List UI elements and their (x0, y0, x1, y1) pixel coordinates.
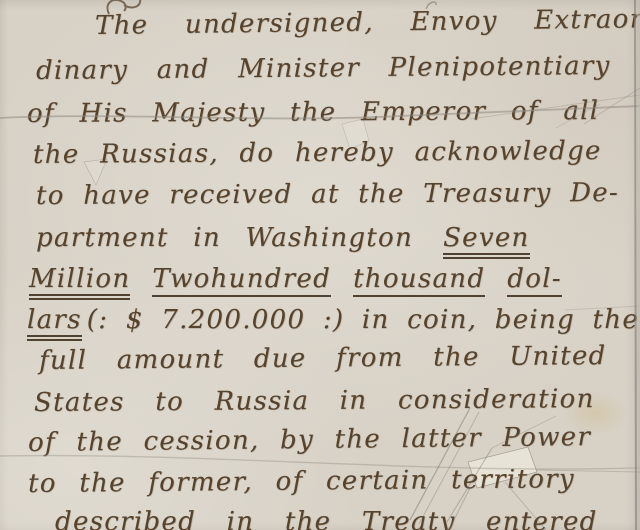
line-text: of His Majesty the Emperor of all (27, 96, 599, 129)
manuscript-line: of the cession, by the latter Power (28, 422, 591, 458)
manuscript-line: lars(: $ 7.200.000 :) in coin, being the (27, 305, 639, 335)
line-text: described in the Treaty entered (55, 507, 598, 530)
line-text: The undersigned, Envoy Extraor- (95, 4, 640, 41)
dollar-figure-text: (: $ 7.200.000 :) in coin, being the (87, 305, 639, 335)
line-text: partment in Washington (36, 223, 413, 253)
manuscript-line: described in the Treaty entered (55, 507, 598, 530)
manuscript-line: States to Russia in consideration (34, 384, 595, 418)
line-text: full amount due from the United (39, 341, 607, 376)
manuscript-line: to the former, of certain territory (28, 464, 575, 499)
manuscript-line: The undersigned, Envoy Extraor- (95, 4, 640, 41)
line-text: to the former, of certain territory (28, 464, 575, 499)
manuscript-line: to have received at the Treasury De- (36, 178, 619, 211)
line-text: dinary and Minister Plenipotentiary (36, 51, 611, 86)
manuscript-line: dinary and Minister Plenipotentiary (36, 51, 611, 86)
manuscript-scan: The undersigned, Envoy Extraor- dinary a… (0, 0, 640, 530)
underlined-amount-seven: Seven (443, 223, 530, 259)
underlined-amount-million: Million (29, 264, 130, 300)
underlined-amount-dol: dol- (507, 264, 562, 297)
manuscript-line: full amount due from the United (39, 341, 607, 376)
underlined-amount-lars: lars (27, 305, 82, 341)
line-text: of the cession, by the latter Power (28, 422, 591, 458)
manuscript-line: MillionTwohundredthousanddol- (29, 264, 562, 294)
manuscript-line: the Russias, do hereby acknowledge (33, 136, 602, 170)
underlined-amount-thousand: thousand (353, 264, 485, 297)
underlined-amount-twohundred: Twohundred (152, 264, 331, 297)
manuscript-line: partment in WashingtonSeven (36, 223, 530, 253)
line-text: States to Russia in consideration (34, 384, 595, 418)
line-text: to have received at the Treasury De- (36, 178, 619, 211)
manuscript-line: of His Majesty the Emperor of all (27, 96, 599, 129)
line-text: the Russias, do hereby acknowledge (33, 136, 602, 170)
page-edge-line (635, 0, 636, 530)
